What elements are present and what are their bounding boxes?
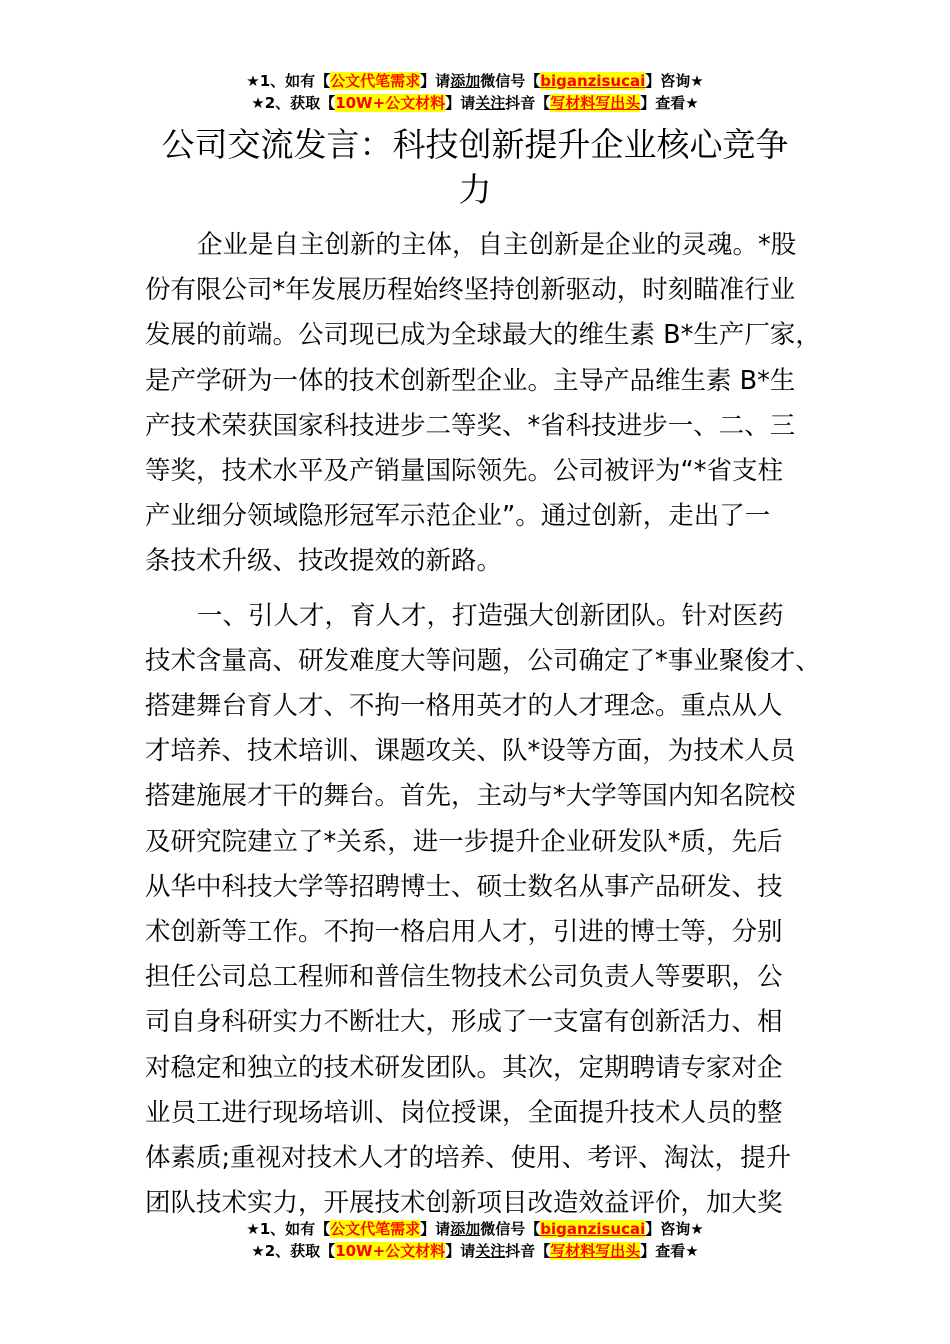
document-body: 企业是自主创新的主体，自主创新是企业的灵魂。*股 份有限公司*年发展历程始终坚持… xyxy=(145,223,810,1226)
douyin-account-link[interactable]: 写材料写出头 xyxy=(550,94,640,112)
promo-underlined: 关注 xyxy=(475,94,505,112)
promo-text: 】请 xyxy=(445,1242,475,1260)
promo-text: 】查看★ xyxy=(640,94,698,112)
promo-line-2: ★2、获取【10W+公文材料】请关注抖音【写材料写出头】查看★ xyxy=(0,92,950,114)
text-line: 体素质;重视对技术人才的培养、使用、考评、淘汰，提升 xyxy=(145,1136,810,1181)
promo-text: 抖音【 xyxy=(505,1242,550,1260)
promo-text: ★1、如有【 xyxy=(246,1220,330,1238)
text-line: 条技术升级、技改提效的新路。 xyxy=(145,539,810,584)
paragraph-intro: 企业是自主创新的主体，自主创新是企业的灵魂。*股 份有限公司*年发展历程始终坚持… xyxy=(145,223,810,585)
promo-text: ★1、如有【 xyxy=(246,72,330,90)
promo-text: 】请 xyxy=(420,72,450,90)
promo-highlight: 10W+公文材料 xyxy=(335,1242,445,1260)
text-line: 搭建舞台育人才、不拘一格用英才的人才理念。重点从人 xyxy=(145,684,810,729)
promo-text: ★2、获取【 xyxy=(251,94,335,112)
text-line: 产技术荣获国家科技进步二等奖、*省科技进步一、二、三 xyxy=(145,404,810,449)
promo-line-2: ★2、获取【10W+公文材料】请关注抖音【写材料写出头】查看★ xyxy=(0,1240,950,1262)
promo-text: 】请 xyxy=(445,94,475,112)
promo-line-1: ★1、如有【公文代笔需求】请添加微信号【biganzisucai】咨询★ xyxy=(0,1218,950,1240)
text-line: 一、引人才，育人才，打造强大创新团队。针对医药 xyxy=(145,594,810,639)
promo-line-1: ★1、如有【公文代笔需求】请添加微信号【biganzisucai】咨询★ xyxy=(0,70,950,92)
promo-text: 抖音【 xyxy=(505,94,550,112)
wechat-id-link[interactable]: biganzisucai xyxy=(540,1220,645,1238)
text-line: 企业是自主创新的主体，自主创新是企业的灵魂。*股 xyxy=(145,223,810,268)
text-line: 搭建施展才干的舞台。首先，主动与*大学等国内知名院校 xyxy=(145,774,810,819)
promo-underlined: 关注 xyxy=(475,1242,505,1260)
text-line: 司自身科研实力不断壮大，形成了一支富有创新活力、相 xyxy=(145,1000,810,1045)
promo-text: 】查看★ xyxy=(640,1242,698,1260)
promo-text: 微信号【 xyxy=(480,72,540,90)
text-line: 业员工进行现场培训、岗位授课，全面提升技术人员的整 xyxy=(145,1091,810,1136)
text-line: 技术含量高、研发难度大等问题，公司确定了*事业聚俊才、 xyxy=(145,639,810,684)
promo-text: 】咨询★ xyxy=(645,1220,703,1238)
promo-text: 】咨询★ xyxy=(645,72,703,90)
promo-underlined: 添加 xyxy=(450,1220,480,1238)
text-line: 从华中科技大学等招聘博士、硕士数名从事产品研发、技 xyxy=(145,865,810,910)
promo-footer: ★1、如有【公文代笔需求】请添加微信号【biganzisucai】咨询★ ★2、… xyxy=(0,1218,950,1262)
title-line: 公司交流发言：科技创新提升企业核心竞争 xyxy=(145,122,805,167)
wechat-id-link[interactable]: biganzisucai xyxy=(540,72,645,90)
promo-text: ★2、获取【 xyxy=(251,1242,335,1260)
promo-underlined: 添加 xyxy=(450,72,480,90)
text-line: 才培养、技术培训、课题攻关、队*设等方面，为技术人员 xyxy=(145,729,810,774)
douyin-account-link[interactable]: 写材料写出头 xyxy=(550,1242,640,1260)
promo-highlight: 公文代笔需求 xyxy=(330,72,420,90)
paragraph-section-1: 一、引人才，育人才，打造强大创新团队。针对医药 技术含量高、研发难度大等问题，公… xyxy=(145,594,810,1227)
title-line: 力 xyxy=(145,167,805,212)
text-line: 担任公司总工程师和普信生物技术公司负责人等要职，公 xyxy=(145,955,810,1000)
promo-header: ★1、如有【公文代笔需求】请添加微信号【biganzisucai】咨询★ ★2、… xyxy=(0,70,950,114)
text-line: 是产学研为一体的技术创新型企业。主导产品维生素 B*生 xyxy=(145,359,810,404)
promo-highlight: 10W+公文材料 xyxy=(335,94,445,112)
promo-text: 】请 xyxy=(420,1220,450,1238)
text-line: 产业细分领域隐形冠军示范企业”。通过创新，走出了一 xyxy=(145,494,810,539)
promo-highlight: 公文代笔需求 xyxy=(330,1220,420,1238)
text-line: 及研究院建立了*关系，进一步提升企业研发队*质，先后 xyxy=(145,820,810,865)
promo-text: 微信号【 xyxy=(480,1220,540,1238)
text-line: 术创新等工作。不拘一格启用人才，引进的博士等，分别 xyxy=(145,910,810,955)
text-line: 等奖，技术水平及产销量国际领先。公司被评为“*省支柱 xyxy=(145,449,810,494)
text-line: 对稳定和独立的技术研发团队。其次，定期聘请专家对企 xyxy=(145,1046,810,1091)
text-line: 发展的前端。公司现已成为全球最大的维生素 B*生产厂家， xyxy=(145,313,810,358)
text-line: 份有限公司*年发展历程始终坚持创新驱动，时刻瞄准行业 xyxy=(145,268,810,313)
document-title: 公司交流发言：科技创新提升企业核心竞争 力 xyxy=(145,122,805,212)
